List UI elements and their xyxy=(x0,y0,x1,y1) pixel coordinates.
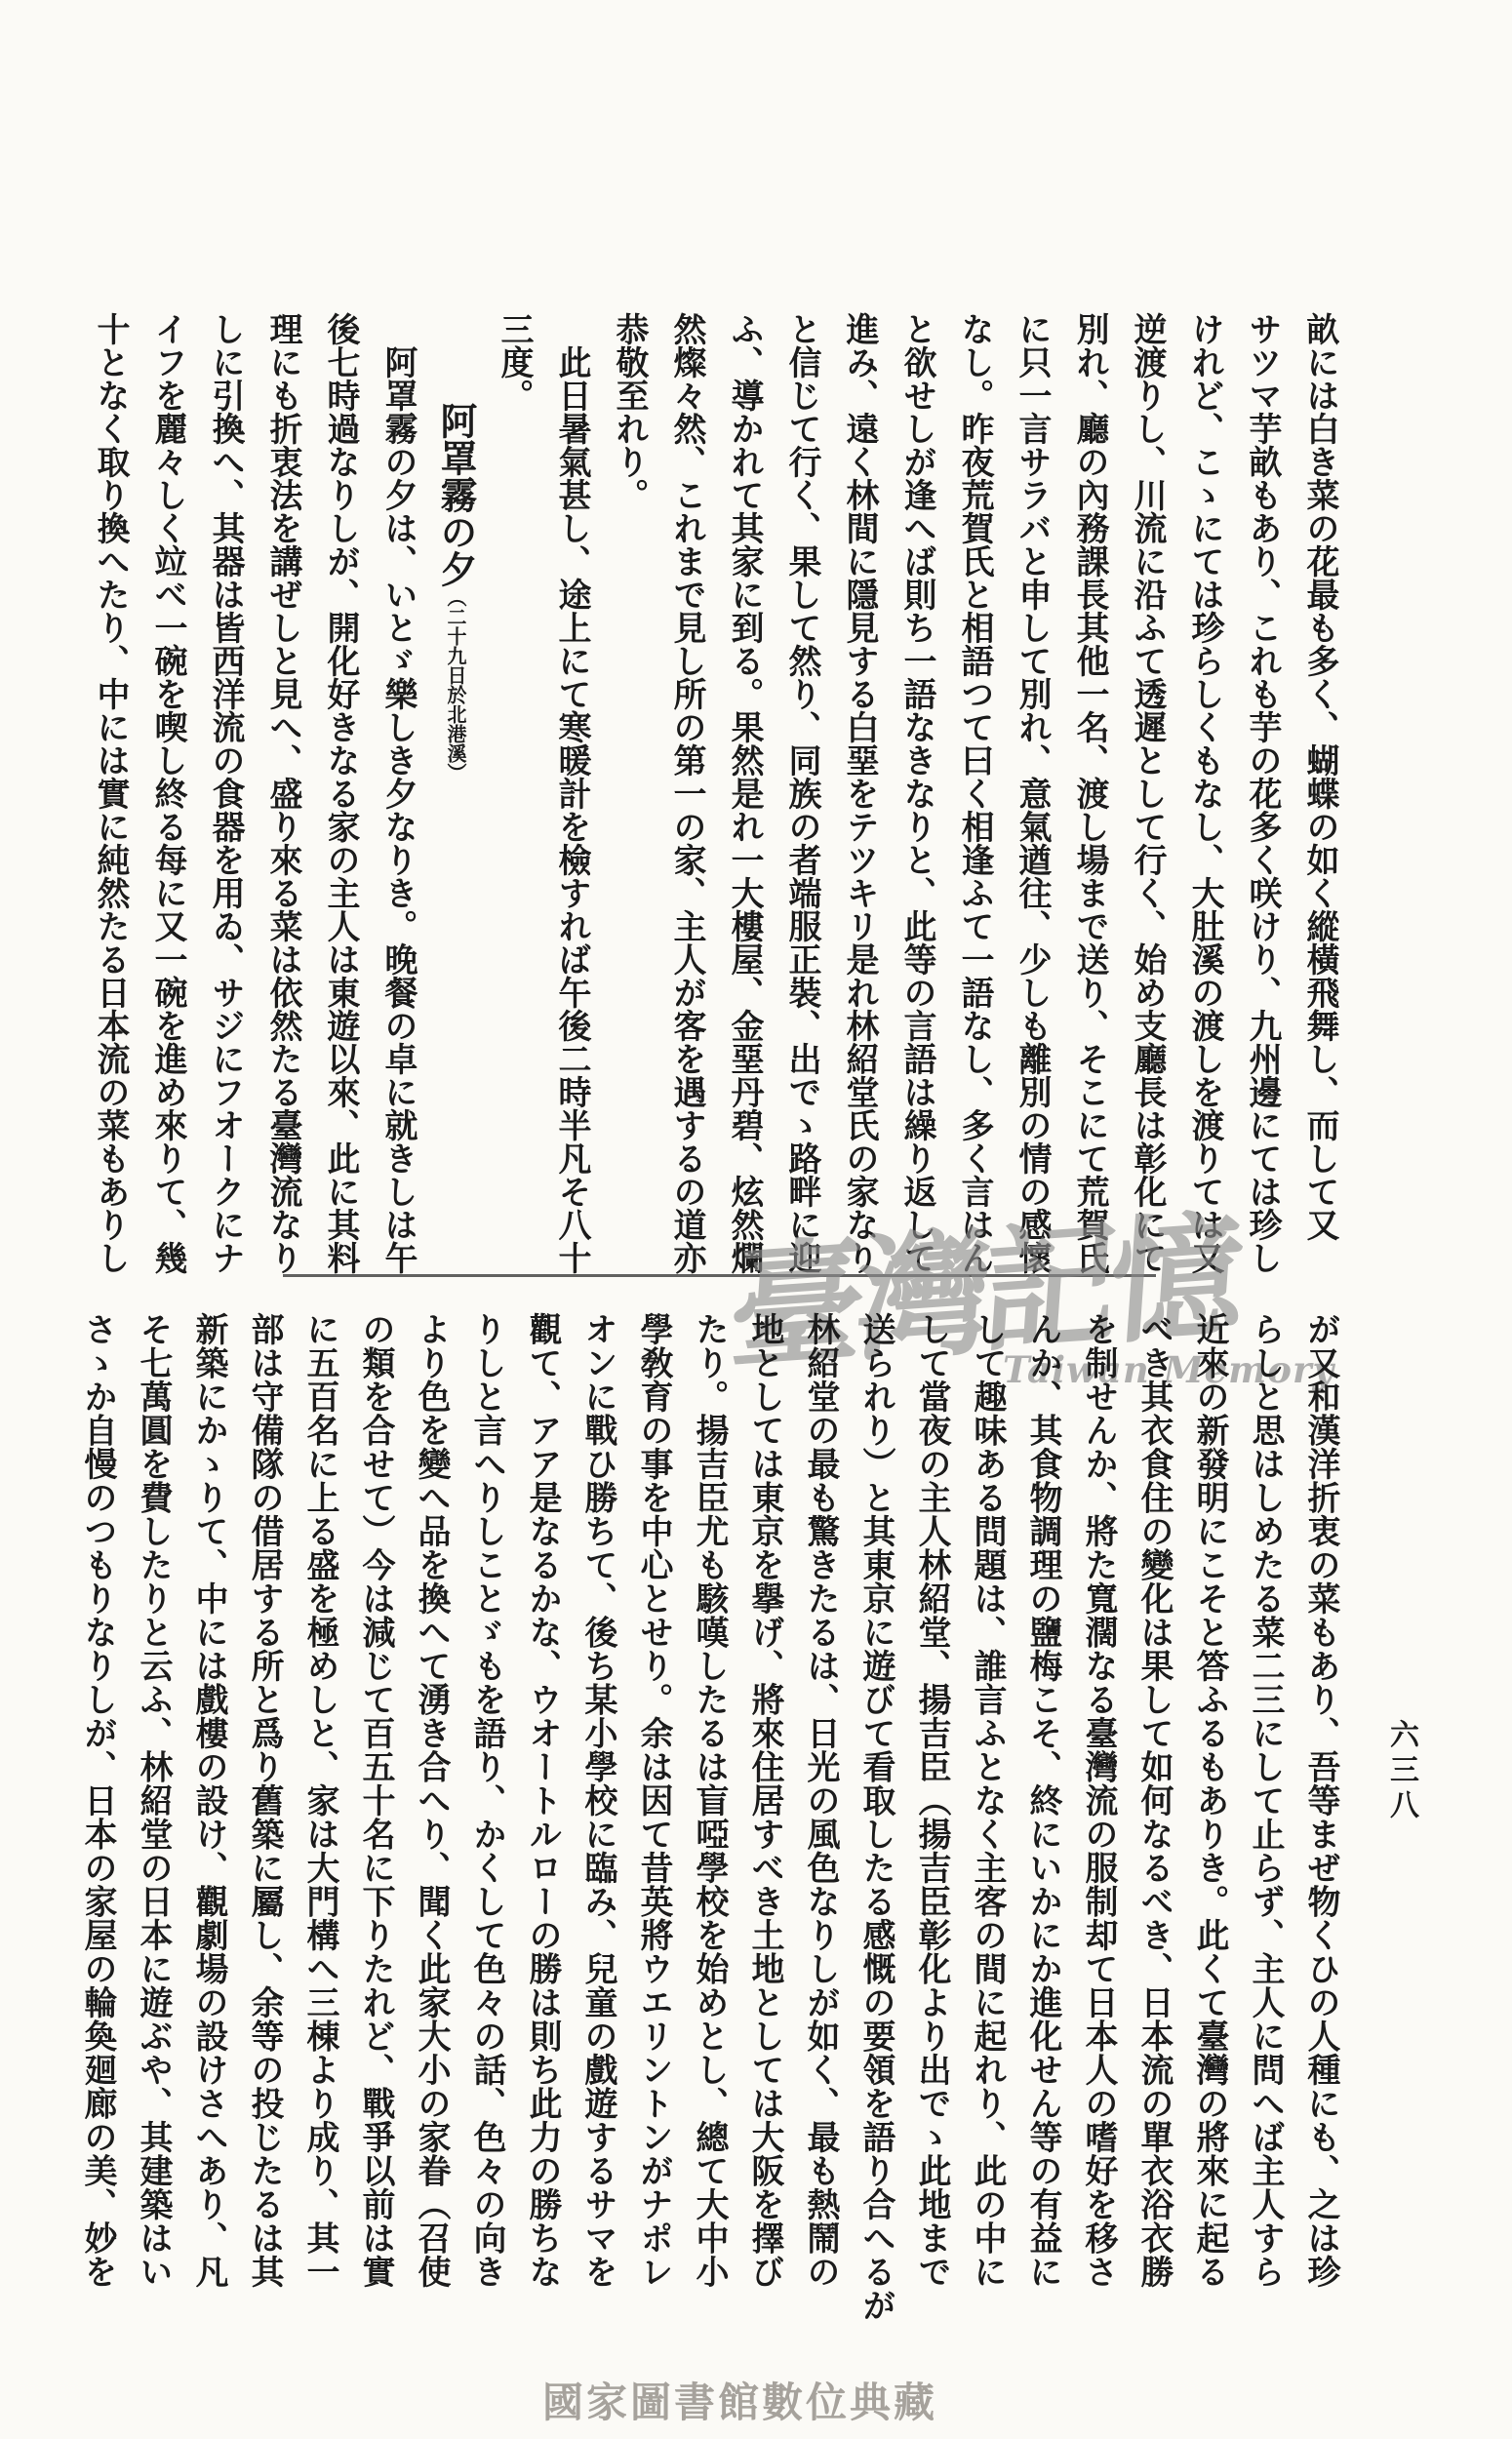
text-column: サツマ芋畝もあり、これも芋の花多く咲けり、九州邊にては珍し xyxy=(1233,312,1291,1274)
text-column: 進み、遠く林間に隱見する白堊をテツキリ是れ林紹堂氏の家なり xyxy=(830,312,888,1274)
text-column: 林紹堂の最も驚きたるは、日光の風色なりしが如く、最も熱鬧の xyxy=(792,1312,848,2322)
text-column: べき其衣食住の變化は果して如何なるべき、日本流の單衣浴衣勝 xyxy=(1126,1312,1181,2322)
text-column: 十となく取り換へたり、中には實に純然たる日本流の菜もありし xyxy=(81,312,139,1274)
heading-title: 阿罩霧の夕 xyxy=(434,402,478,587)
library-caption: 國家圖書館數位典藏 xyxy=(542,2371,937,2429)
text-column: に五百名に上る盛を極めしと、家は大門構へ三棟より成り、其一 xyxy=(292,1312,347,2322)
text-column: 此日暑氣甚し、途上にて寒暖計を檢すれば午後二時半凡そ八十 xyxy=(542,312,600,1274)
top-text-block: 畝には白き菜の花最も多く、蝴蝶の如く縱橫飛舞し、而して又 サツマ芋畝もあり、これ… xyxy=(81,312,1348,1274)
text-column: りしと言へりしことゞもを語り、かくして色々の話、色々の向き xyxy=(458,1312,514,2322)
text-column: 畝には白き菜の花最も多く、蝴蝶の如く縱橫飛舞し、而して又 xyxy=(1291,312,1348,1274)
text-column: 理にも折衷法を講ぜしと見へ、盛り來る菜は依然たる臺灣流なり xyxy=(254,312,311,1274)
text-column: 逆渡りし、川流に沿ふて透遲として行く、始め支廳長は彰化にて xyxy=(1118,312,1175,1274)
text-column: を制せんか、將た寬濶なる臺灣流の服制却て日本人の嗜好を移さ xyxy=(1070,1312,1126,2322)
heading-subtitle: （二十九日於北港溪） xyxy=(444,587,467,782)
text-column: 部は守備隊の借居する所と爲り舊築に屬し、余等の投じたるは其 xyxy=(236,1312,292,2322)
section-heading: 阿罩霧の夕（二十九日於北港溪） xyxy=(426,312,485,1274)
text-column: 學敎育の事を中心とせり。余は因て昔英將ウエリントンがナポレ xyxy=(625,1312,681,2322)
text-column: らしと思はしめたる菜二三にして止らず、主人に問へば主人すら xyxy=(1237,1312,1293,2322)
text-column: イフを麗々しく竝べ一碗を喫し終る每に又一碗を進め來りて、幾 xyxy=(139,312,196,1274)
text-column: 近來の新發明にこそと答ふるもありき。此くて臺灣の將來に起る xyxy=(1181,1312,1237,2322)
text-column: して當夜の主人林紹堂、揚吉臣（揚吉臣彰化より出でゝ此地まで xyxy=(903,1312,959,2322)
text-column: に只一言サラバと申して別れ、意氣遒往、少しも離別の情の感懷 xyxy=(1003,312,1060,1274)
scanned-book-page: { "top_block": { "columns_p1": [ "畝には白き菜… xyxy=(0,0,1512,2439)
bottom-text-block: が又和漢洋折衷の菜もあり、吾等まぜ物くひの人種にも、之は珍 らしと思はしめたる菜… xyxy=(69,1312,1348,2322)
text-column: 然燦々然、これまで見し所の第一の家、主人が客を遇するの道亦 xyxy=(657,312,715,1274)
text-column: んか、其食物調理の鹽梅こそ、終にいかにか進化せん等の有益に xyxy=(1015,1312,1070,2322)
text-column: そ七萬圓を費したりと云ふ、林紹堂の日本に遊ぶや、其建築はい xyxy=(125,1312,180,2322)
text-column: 地としては東京を擧げ、將來住居すべき土地としては大阪を擇び xyxy=(736,1312,792,2322)
text-column: オンに戰ひ勝ちて、後ち某小學校に臨み、兒童の戲遊するサマを xyxy=(570,1312,625,2322)
text-column: けれど、こゝにては珍らしくもなし、大肚溪の渡しを渡りては又 xyxy=(1175,312,1233,1274)
text-column: 觀て、アア是なるかな、ウオートルローの勝は則ち此力の勝ちな xyxy=(514,1312,570,2322)
page-number: 六三八 xyxy=(1379,1719,1422,1824)
text-column: して趣味ある問題は、誰言ふとなく主客の間に起れり、此の中に xyxy=(959,1312,1015,2322)
text-column: たり。揚吉臣尤も駭嘆したるは盲啞學校を始めとし、總て大中小 xyxy=(681,1312,736,2322)
text-column: 新築にかゝりて、中には戲樓の設け、觀劇場の設けさへあり、凡 xyxy=(180,1312,236,2322)
text-column: より色を變へ品を換へて湧き合へり、聞く此家大小の家眷（召使 xyxy=(403,1312,458,2322)
text-column: 別れ、廳の內務課長其他一名、渡し場まで送り、そこにて荒賀氏 xyxy=(1060,312,1118,1274)
text-column: しに引換へ、其器は皆西洋流の食器を用ゐ、サジにフオークにナ xyxy=(196,312,254,1274)
text-column: と欲せしが逢へば則ち一語なきなりと、此等の言語は繰り返して xyxy=(888,312,945,1274)
text-column: 阿罩霧の夕は、いとゞ樂しき夕なりき。晚餐の卓に就きしは午 xyxy=(369,312,426,1274)
text-column: 送られり）と其東京に遊びて看取したる感慨の要領を語り合へるが xyxy=(848,1312,903,2322)
text-column: なし。昨夜荒賀氏と相語つて曰く相逢ふて一語なし、多く言はん xyxy=(945,312,1003,1274)
text-column: が又和漢洋折衷の菜もあり、吾等まぜ物くひの人種にも、之は珍 xyxy=(1293,1312,1348,2322)
text-column: 三度。 xyxy=(485,312,542,1274)
text-column: と信じて行く、果して然り、同族の者端服正裝、出でゝ路畔に迎 xyxy=(773,312,830,1274)
text-column: ふ、導かれて其家に到る。果然是れ一大樓屋、金堊丹碧、炫然爛 xyxy=(715,312,773,1274)
text-column: 恭敬至れり。 xyxy=(600,312,657,1274)
text-column: の類を合せて）今は減じて百五十名に下りたれど、戰爭以前は實 xyxy=(347,1312,403,2322)
text-column: 後七時過なりしが、開化好きなる家の主人は東遊以來、此に其料 xyxy=(311,312,369,1274)
text-column: さゝか自慢のつもりなりしが、日本の家屋の輪奐廻廊の美、妙を xyxy=(69,1312,125,2322)
